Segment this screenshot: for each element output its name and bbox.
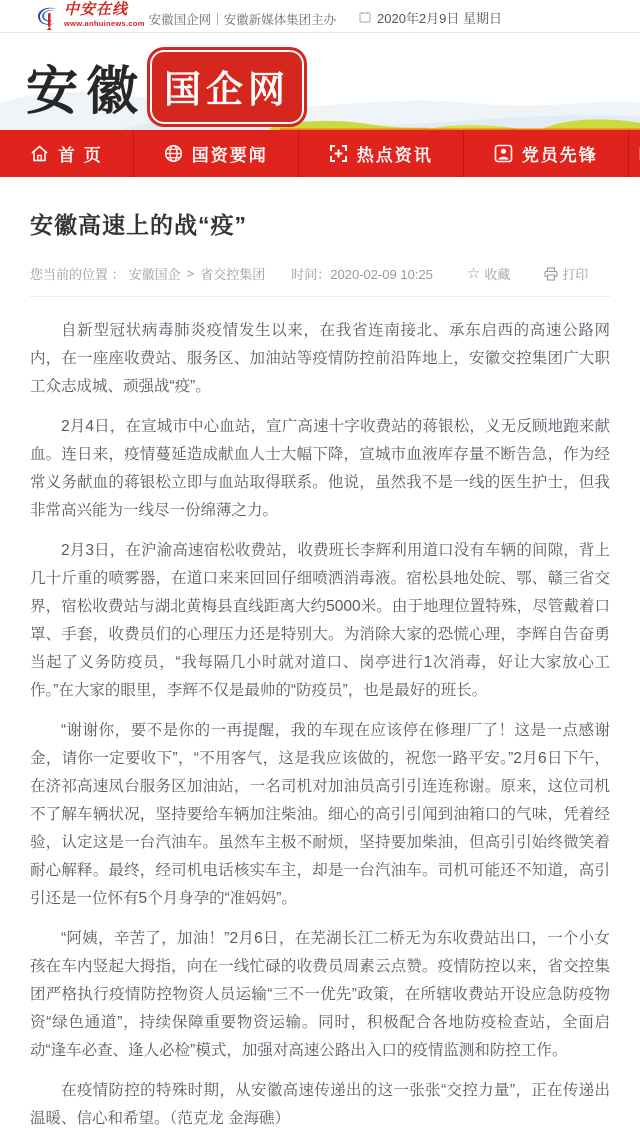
collect-button[interactable]: ☆ 收藏 (467, 264, 510, 283)
star-icon: ☆ (467, 266, 480, 281)
page: 中安在线 www.anhuinews.com 安徽国企网｜安徽新媒体集团主办 2… (0, 0, 640, 1132)
print-label: 打印 (562, 264, 588, 283)
nav-item-home[interactable]: 首 页 (0, 130, 134, 177)
article-title: 安徽高速上的战“疫” (30, 207, 610, 240)
anhuinews-swoosh-icon (36, 4, 62, 30)
publish-time: 时间：2020-02-09 10:25 (291, 264, 433, 283)
logo-cn-name: 中安在线 (64, 3, 145, 18)
print-button[interactable]: 打印 (544, 264, 588, 283)
article-paragraph: 在疫情防控的特殊时期，从安徽高速传递出的这一张张“交控力量”，正在传递出温暖、信… (30, 1077, 610, 1132)
breadcrumb-link-section[interactable]: 省交控集团 (200, 264, 265, 283)
nav-item-soe-news[interactable]: 国资要闻 (134, 130, 299, 177)
breadcrumb-link-site[interactable]: 安徽国企 (129, 264, 181, 283)
publish-time-value: 2020-02-09 10:25 (330, 267, 433, 282)
article-paragraph: 2月4日，在宣城市中心血站，宣广高速十字收费站的蒋银松，义无反顾地跑来献血。连日… (30, 413, 610, 525)
article-paragraph: 2月3日，在沪渝高速宿松收费站，收费班长李辉利用道口没有车辆的间隙，背上几十斤重… (30, 537, 610, 705)
brand-guoqiwang-stamp: 国企网 (152, 52, 302, 122)
breadcrumb-separator: > (187, 266, 195, 281)
calendar-icon (359, 11, 371, 23)
printer-icon (544, 267, 558, 281)
nav-label-party-pioneer: 党员先锋 (522, 141, 598, 166)
article-paragraph: 自新型冠状病毒肺炎疫情发生以来，在我省连南接北、承东启西的高速公路网内，在一座座… (30, 317, 610, 401)
nav-item-hot-info[interactable]: 热点资讯 (299, 130, 464, 177)
hotspot-icon (329, 144, 348, 163)
site-logo[interactable]: 中安在线 www.anhuinews.com (36, 3, 145, 30)
article-paragraph: “谢谢你，要不是你的一再提醒，我的车现在应该停在修理厂了！这是一点感谢金，请你一… (30, 717, 610, 913)
article-body: 自新型冠状病毒肺炎疫情发生以来，在我省连南接北、承东启西的高速公路网内，在一座座… (30, 297, 610, 1132)
breadcrumb-label: 您当前的位置 ： (30, 264, 125, 283)
article-content: 安徽高速上的战“疫” 您当前的位置 ： 安徽国企 > 省交控集团 时间：2020… (0, 207, 640, 1132)
nav-label-hot-info: 热点资讯 (357, 141, 433, 166)
party-member-icon (494, 144, 513, 163)
collect-label: 收藏 (484, 264, 510, 283)
date-display: 2020年2月9日 星期日 (359, 8, 502, 27)
date-text: 2020年2月9日 星期日 (377, 8, 502, 27)
brand-anhui-calligraphy: 安徽 (26, 49, 146, 124)
publish-time-label: 时间： (291, 267, 330, 282)
nav-item-party-pioneer[interactable]: 党员先锋 (464, 130, 629, 177)
nav-item-more[interactable] (629, 130, 640, 177)
topbar: 中安在线 www.anhuinews.com 安徽国企网｜安徽新媒体集团主办 2… (0, 0, 640, 33)
site-banner: 安徽 国企网 (0, 33, 640, 130)
site-brand[interactable]: 安徽 国企网 (26, 49, 302, 124)
main-nav: 首 页 国资要闻 (0, 130, 640, 177)
home-icon (30, 144, 49, 163)
globe-icon (164, 144, 183, 163)
nav-label-home: 首 页 (58, 141, 103, 166)
article-paragraph: “阿姨，辛苦了，加油！”2月6日，在芜湖长江二桥无为东收费站出口，一个小女孩在车… (30, 925, 610, 1065)
site-sponsor-label: 安徽国企网｜安徽新媒体集团主办 (149, 10, 337, 28)
nav-label-soe-news: 国资要闻 (192, 141, 268, 166)
logo-site-url: www.anhuinews.com (64, 20, 145, 28)
logo-text: 中安在线 www.anhuinews.com (64, 3, 145, 28)
article-meta-bar: 您当前的位置 ： 安徽国企 > 省交控集团 时间：2020-02-09 10:2… (30, 264, 610, 297)
